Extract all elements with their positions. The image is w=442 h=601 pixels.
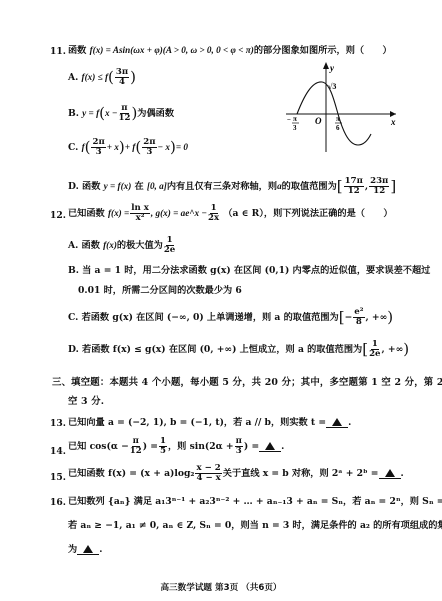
q16-number: 16.: [50, 497, 66, 508]
q15-number: 15.: [50, 472, 66, 483]
q16-line2: 若 aₙ ≥ −1, a₁ ≠ 0, aₙ ∈ Z, Sₙ = 0，则当 n =…: [68, 521, 442, 530]
answer-blank[interactable]: [77, 545, 99, 555]
y-axis-arrow-icon: [323, 62, 329, 69]
q11-option-d[interactable]: D. 函数 y = f(x) 在 [0, a]内有且仅有三条对称轴，则a的取值范…: [68, 177, 396, 196]
option-label: D.: [68, 181, 79, 192]
q11-number: 11.: [50, 46, 66, 57]
q16-line3: 为.: [68, 545, 102, 555]
q11-option-c[interactable]: C. f(2π3+ x)+ f(2π3− x)= 0: [68, 138, 188, 157]
q11-stem-suffix: 的部分图象如图所示，则（ ）: [254, 45, 392, 56]
q13-number: 13.: [50, 418, 66, 429]
q11-stem-formula: f(x) = Asin(ωx + φ)(A > 0, ω > 0, 0 < φ …: [90, 45, 254, 55]
q12-stem: 已知函数 f(x) =ln xx², g(x) = ae^x −12x （a ∈…: [68, 204, 393, 223]
fraction: 3π4: [115, 68, 129, 87]
q14-text: 已知 cos(α −π12) =15，则 sin(2α +π3) =.: [68, 437, 284, 456]
svg-text:π: π: [293, 115, 297, 123]
q12-option-d[interactable]: D. 若函数 f(x) ≤ g(x) 在区间 (0, +∞) 上恒成立，则 a …: [68, 340, 409, 359]
section-heading: 三、填空题：本题共 4 个小题，每小题 5 分，共 20 分；其中，多空题第 1…: [52, 374, 442, 388]
svg-text:3: 3: [293, 124, 297, 132]
q12-option-a[interactable]: A. 函数 f(x)的极大值为12e: [68, 236, 176, 255]
option-label: C.: [68, 142, 78, 153]
q12-option-c[interactable]: C. 若函数 g(x) 在区间 (−∞, 0) 上单调递增，则 a 的取值范围为…: [68, 308, 393, 327]
x-axis-label: x: [390, 117, 396, 127]
option-label: B.: [68, 108, 79, 119]
triangle-icon: [265, 442, 275, 450]
y-intercept-label: √3: [328, 82, 336, 91]
q12-number: 12.: [50, 210, 66, 221]
triangle-icon: [385, 469, 395, 477]
q11-option-b[interactable]: B. y = f(x −π12)为偶函数: [68, 104, 174, 123]
option-label: A.: [68, 72, 78, 83]
page-footer: 高三数学试题 第3页 （共6页）: [0, 581, 442, 593]
y-axis-label: y: [329, 63, 335, 73]
option-a-formula: f(x) ≤ f: [82, 72, 108, 82]
q12-option-b-cont: 0.01 时，所需二分区间的次数最少为 6: [78, 286, 242, 295]
answer-blank[interactable]: [379, 469, 401, 479]
q11-option-a[interactable]: A. f(x) ≤ f(3π4): [68, 68, 136, 87]
svg-text:−: −: [287, 116, 291, 124]
q16-line1: 已知数列 {aₙ} 满足 a₁3ⁿ⁻¹ + a₂3ⁿ⁻² + … + aₙ₋₁3…: [68, 497, 442, 507]
q15-text: 已知函数 f(x) = (x + a)log₂x − 24 − x关于直线 x …: [68, 464, 404, 483]
svg-text:π: π: [336, 115, 340, 123]
section-heading-cont: 空 3 分.: [68, 393, 104, 407]
triangle-icon: [332, 418, 342, 426]
origin-label: O: [315, 116, 322, 126]
q11-sine-graph: y x O √3 − π 3 π 6: [278, 60, 398, 155]
answer-blank[interactable]: [326, 418, 348, 428]
q12-option-b[interactable]: B. 当 a = 1 时，用二分法求函数 g(x) 在区间 (0,1) 内零点的…: [68, 266, 430, 275]
answer-blank[interactable]: [259, 442, 281, 452]
q11-stem-prefix: 函数: [68, 45, 86, 56]
svg-text:6: 6: [336, 124, 340, 132]
triangle-icon: [83, 545, 93, 553]
q13-text: 已知向量 a = (−2, 1), b = (−1, t)，若 a // b，则…: [68, 418, 351, 428]
q14-number: 14.: [50, 446, 66, 457]
q11-stem: 函数 f(x) = Asin(ωx + φ)(A > 0, ω > 0, 0 <…: [68, 46, 392, 55]
